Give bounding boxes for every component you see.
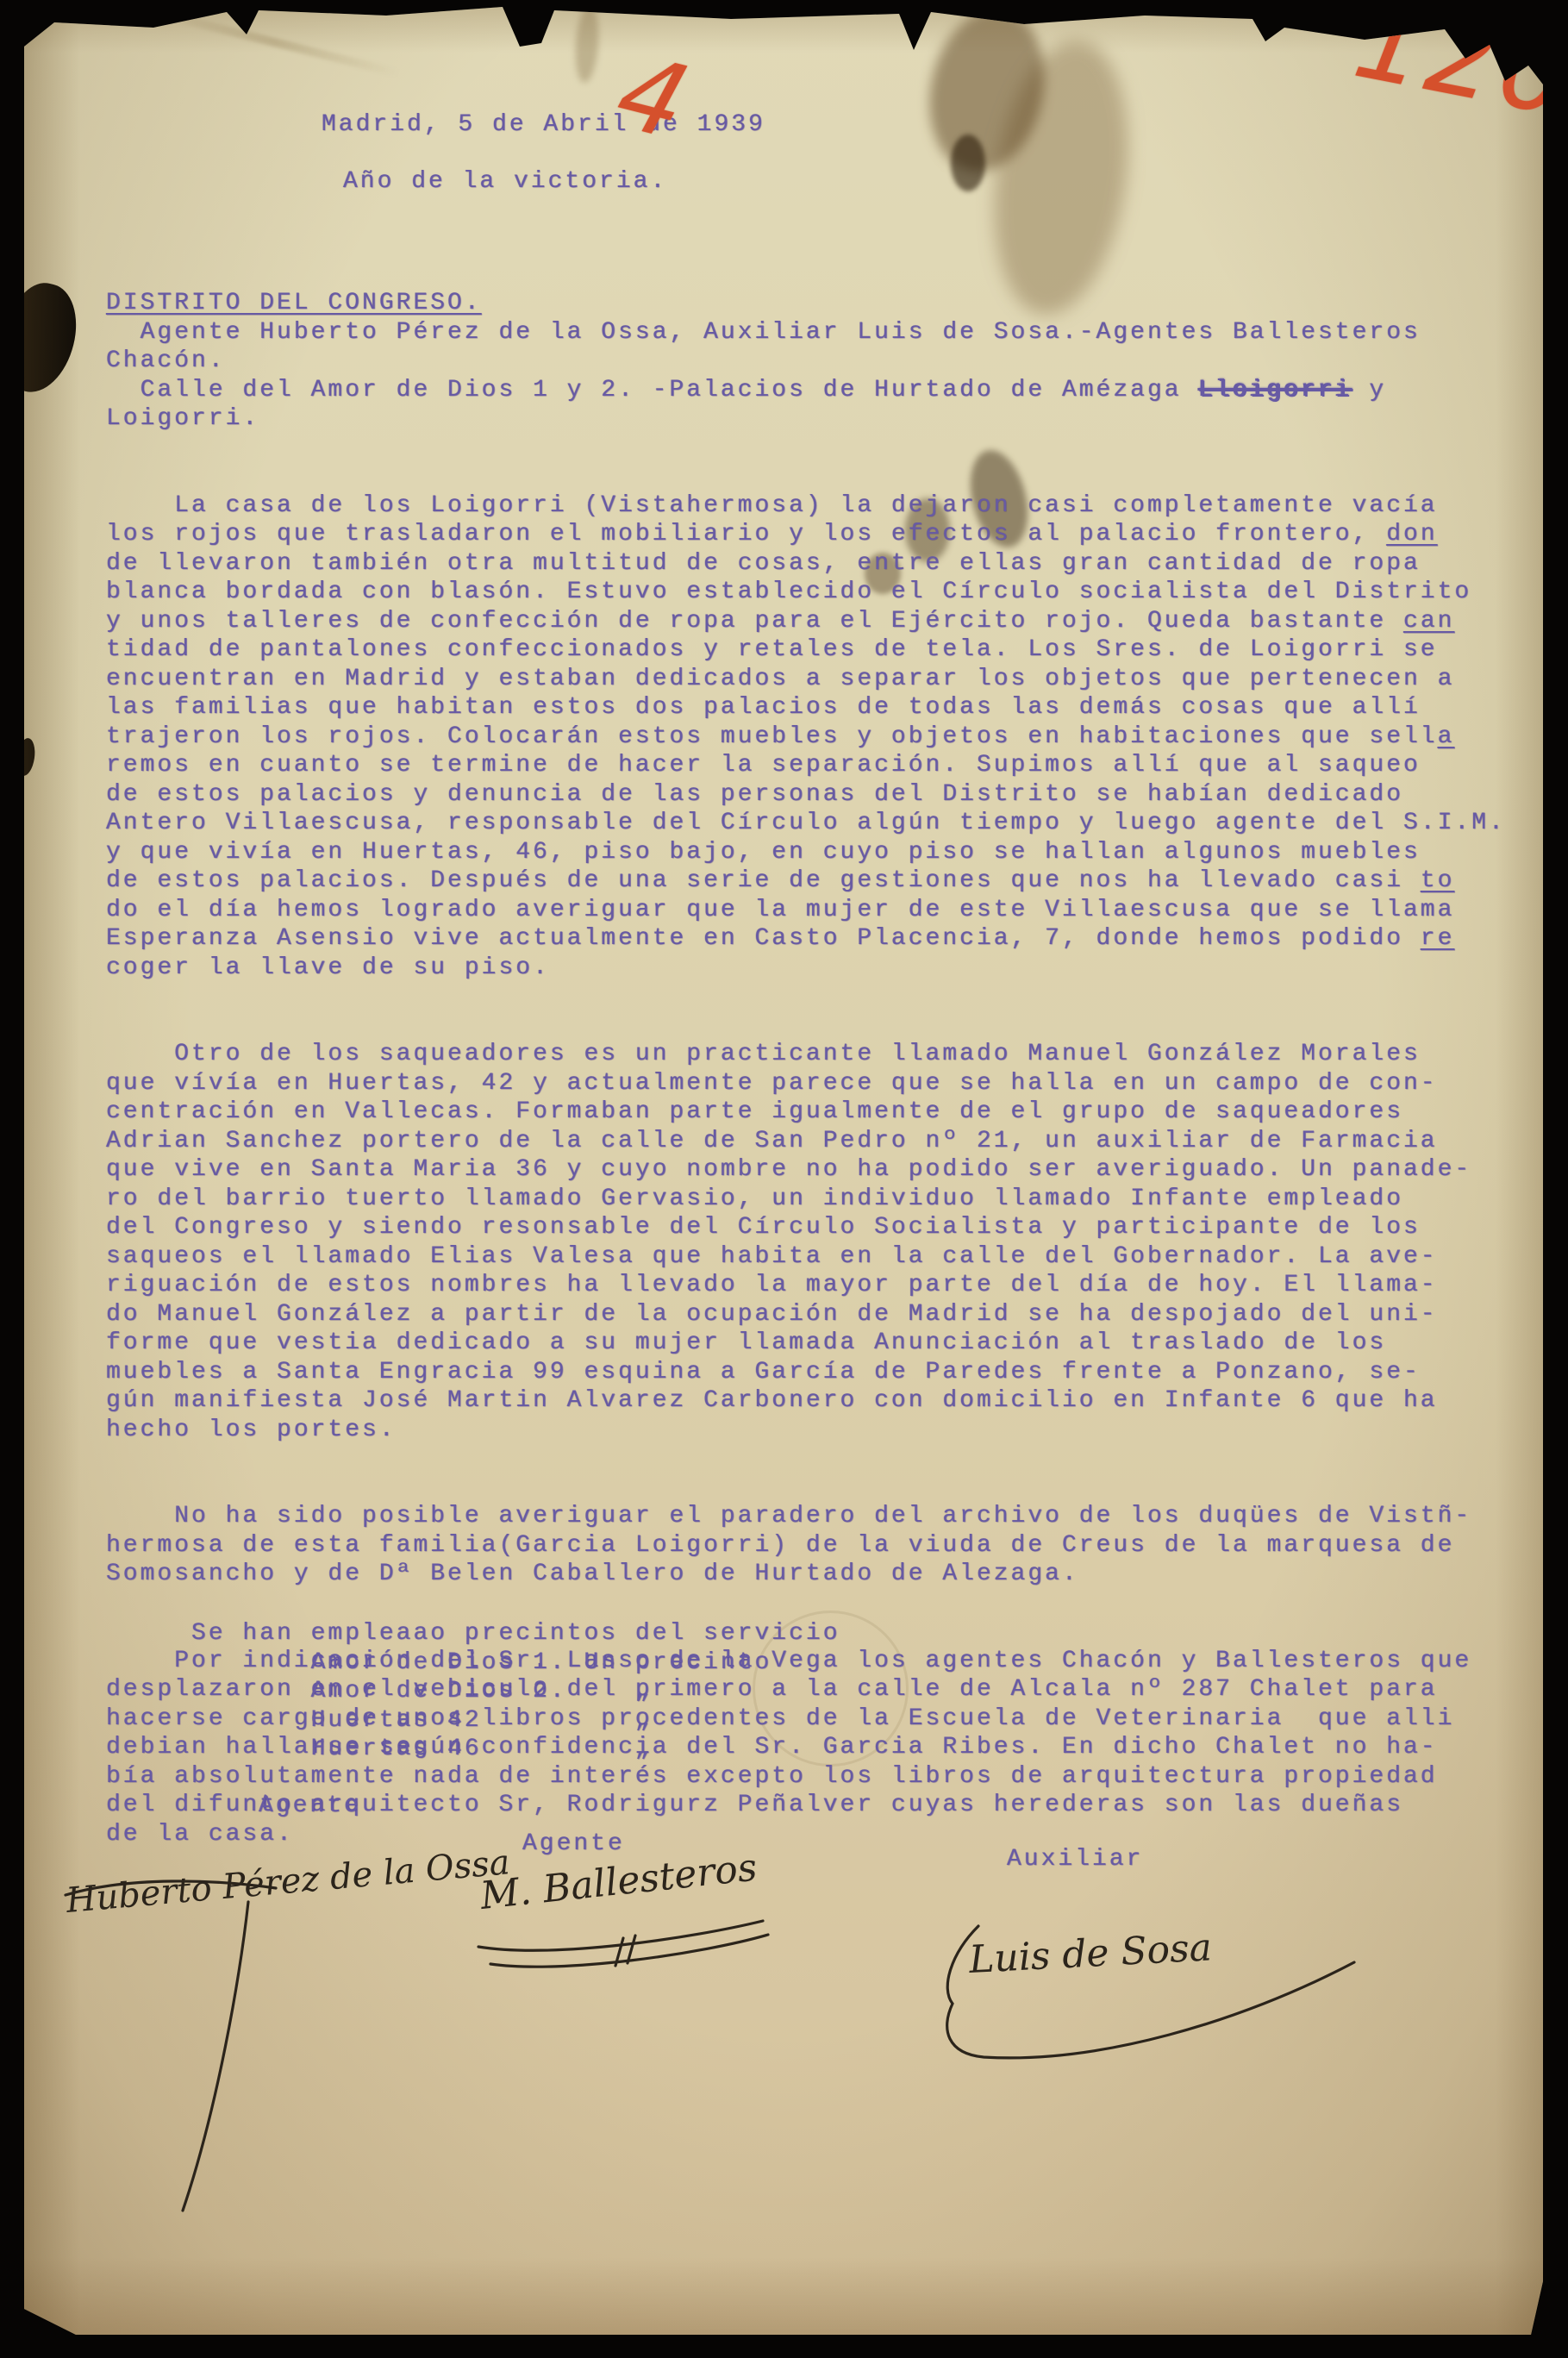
scan-background: Madrid, 5 de Abril de 1939 Año de la vic…: [0, 0, 1568, 2358]
burn-stain: [951, 134, 985, 191]
signature-huberto-text: Huberto Pérez de la Ossa: [64, 1842, 511, 1921]
signature-flourish-stroke: [183, 1902, 248, 2211]
folio-number-handwritten: 120: [1335, 5, 1543, 132]
district-heading-block: DISTRITO DEL CONGRESO. Agente Huberto Pé…: [106, 289, 1543, 434]
victory-line: Año de la victoria.: [343, 167, 667, 197]
signature-luis-de-sosa: Luis de Sosa: [934, 1893, 1373, 2092]
burn-stain: [915, 5, 1059, 182]
edge-nick: [24, 737, 37, 777]
signature-m-ballesteros: M. Ballesteros: [477, 1842, 778, 1997]
signature-ballesteros-text: M. Ballesteros: [478, 1846, 759, 1919]
date-line: Madrid, 5 de Abril de 1939: [322, 110, 765, 140]
seals-list: Se han empleaao precintos del servicio A…: [106, 1619, 840, 1764]
signature-role-agente-1: Agente: [259, 1792, 361, 1821]
paragraph-1: La casa de los Loigorri (Vistahermosa) l…: [106, 491, 1543, 983]
document-page: Madrid, 5 de Abril de 1939 Año de la vic…: [24, 5, 1543, 2335]
fold-crease: [147, 7, 401, 78]
paragraph-3: No ha sido posible averiguar el paradero…: [106, 1502, 1543, 1589]
crease-shadow: [573, 5, 601, 84]
signature-luis-text: Luis de Sosa: [967, 1925, 1213, 1982]
signature-role-auxiliar: Auxiliar: [1007, 1845, 1143, 1874]
torn-hole: [24, 276, 86, 400]
paragraph-2: Otro de los saqueadores es un practicant…: [106, 1040, 1543, 1444]
signature-huberto-perez: Huberto Pérez de la Ossa: [60, 1850, 526, 2230]
